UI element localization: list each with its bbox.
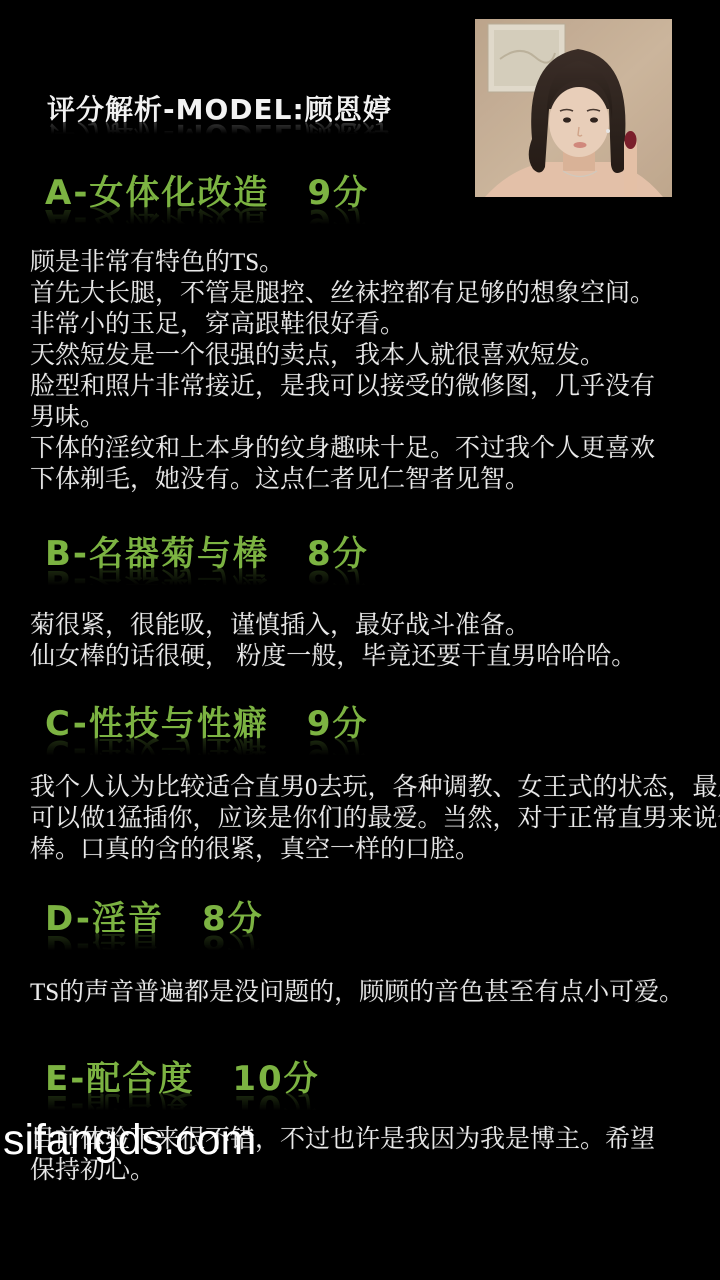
paragraph-line: 下体的淫纹和上本身的纹身趣味十足。不过我个人更喜欢 <box>30 433 700 464</box>
section-title: E-配合度 <box>45 1059 194 1099</box>
paragraph-line: 仙女棒的话很硬， 粉度一般，毕竟还要干直男哈哈哈。 <box>30 641 700 672</box>
paragraph-line: 菊很紧，很能吸，谨慎插入，最好战斗准备。 <box>30 610 700 641</box>
paragraph-line: 首先大长腿，不管是腿控、丝袜控都有足够的想象空间。 <box>30 278 700 309</box>
paragraph-line: TS的声音普遍都是没问题的，顾顾的音色甚至有点小可爱。 <box>30 977 700 1008</box>
section-header-4: E-配合度10分 <box>45 1051 320 1100</box>
section-score: 8分 <box>307 526 369 575</box>
paragraph-line: 棒。口真的含的很紧，真空一样的口腔。 <box>30 834 700 865</box>
section-header-2: C-性技与性癖9分 <box>45 696 369 745</box>
section-header-0: A-女体化改造9分 <box>45 165 369 214</box>
section-header-1: B-名器菊与棒8分 <box>45 526 369 575</box>
section-score: 9分 <box>307 696 369 745</box>
section-score: 8分 <box>202 891 264 940</box>
section-title: A-女体化改造 <box>45 173 269 213</box>
paragraph-line: 非常小的玉足，穿高跟鞋很好看。 <box>30 309 700 340</box>
section-title: C-性技与性癖 <box>45 704 269 744</box>
section-paragraph-0: 顾是非常有特色的TS。首先大长腿，不管是腿控、丝袜控都有足够的想象空间。非常小的… <box>30 247 700 495</box>
section-header-3: D-淫音8分 <box>45 891 264 940</box>
section-paragraph-1: 菊很紧，很能吸，谨慎插入，最好战斗准备。仙女棒的话很硬， 粉度一般，毕竟还要干直… <box>30 610 700 672</box>
paragraph-line: 可以做1猛插你，应该是你们的最爱。当然，对于正常直男来说也很 <box>30 803 700 834</box>
poster-page: 评分解析-MODEL:顾恩婷 <box>0 0 720 1280</box>
section-score: 10分 <box>232 1051 319 1100</box>
section-title: D-淫音 <box>45 899 164 939</box>
section-title: B-名器菊与棒 <box>45 534 269 574</box>
watermark: sifangds.com <box>3 1116 256 1165</box>
section-paragraph-3: TS的声音普遍都是没问题的，顾顾的音色甚至有点小可爱。 <box>30 977 700 1008</box>
model-photo <box>475 19 672 197</box>
paragraph-line: 下体剃毛，她没有。这点仁者见仁智者见智。 <box>30 464 700 495</box>
model-photo-illustration <box>475 19 672 197</box>
photo-tint-overlay <box>475 19 672 197</box>
paragraph-line: 顾是非常有特色的TS。 <box>30 247 700 278</box>
section-paragraph-2: 我个人认为比较适合直男0去玩，各种调教、女王式的状态，最后还可以做1猛插你，应该… <box>30 772 700 865</box>
paragraph-line: 脸型和照片非常接近，是我可以接受的微修图，几乎没有 <box>30 371 700 402</box>
paragraph-line: 男味。 <box>30 402 700 433</box>
paragraph-line: 我个人认为比较适合直男0去玩，各种调教、女王式的状态，最后还 <box>30 772 700 803</box>
page-title: 评分解析-MODEL:顾恩婷 <box>47 88 392 128</box>
section-score: 9分 <box>307 165 369 214</box>
paragraph-line: 天然短发是一个很强的卖点，我本人就很喜欢短发。 <box>30 340 700 371</box>
